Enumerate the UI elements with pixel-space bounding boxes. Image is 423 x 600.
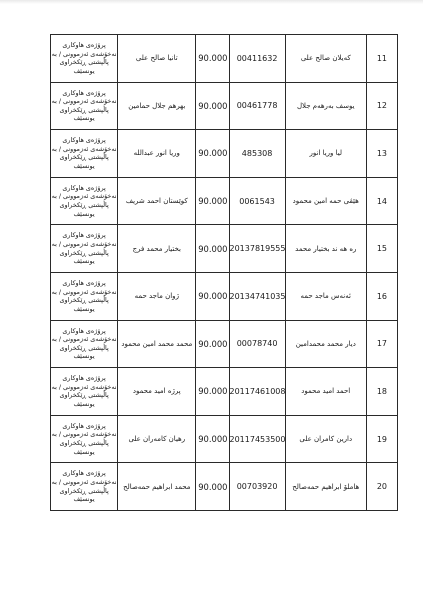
project-cell: پرۆژەی هاوکاری نەخۆشەی ئەزموونی / بە پاڵ… [51, 82, 118, 130]
project-cell: پرۆژەی هاوکاری نەخۆشەی ئەزموونی / بە پاڵ… [51, 320, 118, 368]
table-row: پرۆژەی هاوکاری نەخۆشەی ئەزموونی / بە پاڵ… [51, 320, 398, 368]
child-name-cell: رە هە ند بختیار محمد [285, 225, 366, 273]
amount-cell: 90.000 [196, 320, 229, 368]
project-cell: پرۆژەی هاوکاری نەخۆشەی ئەزموونی / بە پاڵ… [51, 463, 118, 511]
id-number-cell: 485308 [229, 130, 285, 178]
guardian-name-cell: محمد ابراهیم حمەصالح [118, 463, 196, 511]
row-number-cell: 12 [366, 82, 397, 130]
table-row: پرۆژەی هاوکاری نەخۆشەی ئەزموونی / بە پاڵ… [51, 35, 398, 83]
guardian-name-cell: بهرهم جلال حمامین [118, 82, 196, 130]
table-row: پرۆژەی هاوکاری نەخۆشەی ئەزموونی / بە پاڵ… [51, 177, 398, 225]
guardian-name-cell: کوێستان احمد شریف [118, 177, 196, 225]
guardian-name-cell: ژوان ماجد حمه [118, 272, 196, 320]
child-name-cell: کەیلان صالح علی [285, 35, 366, 83]
id-number-cell: 201174535000 [229, 415, 285, 463]
id-number-cell: 201174610084 [229, 368, 285, 416]
amount-cell: 90.000 [196, 415, 229, 463]
table-row: پرۆژەی هاوکاری نەخۆشەی ئەزموونی / بە پاڵ… [51, 368, 398, 416]
id-number-cell: 00703920 [229, 463, 285, 511]
page-top-edge [0, 0, 423, 4]
project-cell: پرۆژەی هاوکاری نەخۆشەی ئەزموونی / بە پاڵ… [51, 225, 118, 273]
table-row: پرۆژەی هاوکاری نەخۆشەی ئەزموونی / بە پاڵ… [51, 463, 398, 511]
child-name-cell: دیار محمد محمدامین [285, 320, 366, 368]
project-cell: پرۆژەی هاوکاری نەخۆشەی ئەزموونی / بە پاڵ… [51, 415, 118, 463]
amount-cell: 90.000 [196, 225, 229, 273]
amount-cell: 90.000 [196, 130, 229, 178]
id-number-cell: 201378195556 [229, 225, 285, 273]
row-number-cell: 15 [366, 225, 397, 273]
table-row: پرۆژەی هاوکاری نەخۆشەی ئەزموونی / بە پاڵ… [51, 415, 398, 463]
amount-cell: 90.000 [196, 82, 229, 130]
table-row: پرۆژەی هاوکاری نەخۆشەی ئەزموونی / بە پاڵ… [51, 272, 398, 320]
id-number-cell: 00411632 [229, 35, 285, 83]
child-name-cell: دارین کامران علی [285, 415, 366, 463]
guardian-name-cell: تانیا صالح علی [118, 35, 196, 83]
id-number-cell: 00078740 [229, 320, 285, 368]
id-number-cell: 201347410355 [229, 272, 285, 320]
row-number-cell: 14 [366, 177, 397, 225]
row-number-cell: 17 [366, 320, 397, 368]
guardian-name-cell: پرژە امید محمود [118, 368, 196, 416]
child-name-cell: احمد امید محمود [285, 368, 366, 416]
project-cell: پرۆژەی هاوکاری نەخۆشەی ئەزموونی / بە پاڵ… [51, 177, 118, 225]
project-cell: پرۆژەی هاوکاری نەخۆشەی ئەزموونی / بە پاڵ… [51, 368, 118, 416]
child-name-cell: لیا وریا انور [285, 130, 366, 178]
child-name-cell: ئەنەس ماجد حمه [285, 272, 366, 320]
project-cell: پرۆژەی هاوکاری نەخۆشەی ئەزموونی / بە پاڵ… [51, 272, 118, 320]
project-cell: پرۆژەی هاوکاری نەخۆشەی ئەزموونی / بە پاڵ… [51, 35, 118, 83]
table-row: پرۆژەی هاوکاری نەخۆشەی ئەزموونی / بە پاڵ… [51, 130, 398, 178]
amount-cell: 90.000 [196, 463, 229, 511]
guardian-name-cell: رهیان کامەران علی [118, 415, 196, 463]
amount-cell: 90.000 [196, 35, 229, 83]
project-cell: پرۆژەی هاوکاری نەخۆشەی ئەزموونی / بە پاڵ… [51, 130, 118, 178]
guardian-name-cell: محمد محمد امین محمود [118, 320, 196, 368]
row-number-cell: 11 [366, 35, 397, 83]
child-name-cell: هێڤی حمه امین محمود [285, 177, 366, 225]
row-number-cell: 19 [366, 415, 397, 463]
amount-cell: 90.000 [196, 272, 229, 320]
guardian-name-cell: وریا انور عبدالله [118, 130, 196, 178]
id-number-cell: 00461778 [229, 82, 285, 130]
id-number-cell: 0061543 [229, 177, 285, 225]
row-number-cell: 18 [366, 368, 397, 416]
row-number-cell: 20 [366, 463, 397, 511]
table-row: پرۆژەی هاوکاری نەخۆشەی ئەزموونی / بە پاڵ… [51, 225, 398, 273]
row-number-cell: 16 [366, 272, 397, 320]
amount-cell: 90.000 [196, 368, 229, 416]
child-name-cell: هاملۆ ابراهیم حمەصالح [285, 463, 366, 511]
guardian-name-cell: بختیار محمد فرج [118, 225, 196, 273]
child-name-cell: یوسف بەرهەم جلال [285, 82, 366, 130]
beneficiary-table: پرۆژەی هاوکاری نەخۆشەی ئەزموونی / بە پاڵ… [50, 34, 398, 511]
amount-cell: 90.000 [196, 177, 229, 225]
row-number-cell: 13 [366, 130, 397, 178]
table-row: پرۆژەی هاوکاری نەخۆشەی ئەزموونی / بە پاڵ… [51, 82, 398, 130]
